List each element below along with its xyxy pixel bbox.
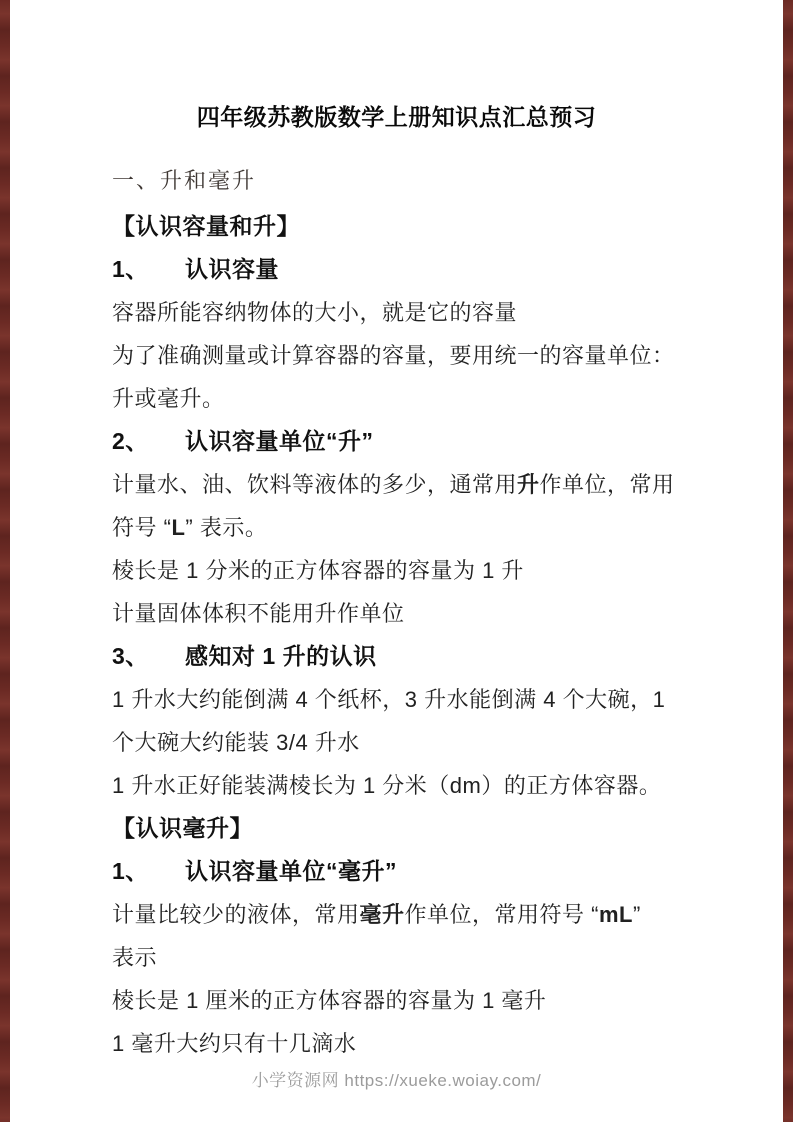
numbered-heading: 1、认识容量单位“毫升”	[112, 850, 681, 893]
right-page-border	[783, 0, 793, 1122]
heading-number: 1、	[112, 248, 185, 291]
text-run: ” 表示。	[185, 515, 267, 540]
numbered-heading: 2、认识容量单位“升”	[112, 420, 681, 463]
heading-number: 1、	[112, 850, 185, 893]
text-line: 计量比较少的液体，常用毫升作单位，常用符号 “mL”	[112, 893, 681, 936]
heading-text: 感知对 1 升的认识	[185, 643, 377, 669]
heading-text: 认识容量单位“毫升”	[185, 858, 397, 884]
text-line: 1 升水正好能装满棱长为 1 分米（dm）的正方体容器。	[112, 764, 681, 807]
text-line: 1 毫升大约只有十几滴水	[112, 1022, 681, 1065]
text-run: 作单位，常用	[540, 472, 675, 497]
text-line: 个大碗大约能装 3/4 升水	[112, 721, 681, 764]
text-line: 棱长是 1 厘米的正方体容器的容量为 1 毫升	[112, 979, 681, 1022]
bold-run: 升	[517, 472, 540, 497]
left-page-border	[0, 0, 10, 1122]
numbered-heading: 1、认识容量	[112, 248, 681, 291]
text-run: ”	[633, 902, 641, 927]
bold-run: 毫升	[360, 902, 405, 927]
text-line: 1 升水大约能倒满 4 个纸杯，3 升水能倒满 4 个大碗，1	[112, 678, 681, 721]
heading-text: 认识容量	[185, 256, 279, 282]
text-line: 计量固体体积不能用升作单位	[112, 592, 681, 635]
text-line: 棱长是 1 分米的正方体容器的容量为 1 升	[112, 549, 681, 592]
heading-text: 认识容量单位“升”	[185, 428, 374, 454]
heading-number: 3、	[112, 635, 185, 678]
text-run: 符号 “	[112, 515, 171, 540]
footer-site-text: 小学资源网 https://xueke.woiay.com/	[252, 1071, 542, 1090]
text-line: 为了准确测量或计算容器的容量，要用统一的容量单位：	[112, 334, 681, 377]
page-title: 四年级苏教版数学上册知识点汇总预习	[112, 0, 681, 133]
text-run: 计量水、油、饮料等液体的多少，通常用	[112, 472, 517, 497]
subsection-heading: 【认识容量和升】	[112, 205, 681, 248]
text-line: 计量水、油、饮料等液体的多少，通常用升作单位，常用	[112, 463, 681, 506]
document-page: 四年级苏教版数学上册知识点汇总预习 一、升和毫升 【认识容量和升】 1、认识容量…	[0, 0, 793, 1122]
text-run: 作单位，常用符号 “	[405, 902, 599, 927]
bold-run: L	[171, 515, 185, 540]
text-run: 计量比较少的液体，常用	[112, 902, 360, 927]
text-line: 容器所能容纳物体的大小，就是它的容量	[112, 291, 681, 334]
subsection-heading: 【认识毫升】	[112, 807, 681, 850]
text-line: 表示	[112, 936, 681, 979]
text-line: 符号 “L” 表示。	[112, 506, 681, 549]
document-body: 四年级苏教版数学上册知识点汇总预习 一、升和毫升 【认识容量和升】 1、认识容量…	[112, 0, 681, 1065]
bold-run: mL	[599, 902, 633, 927]
text-line: 升或毫升。	[112, 377, 681, 420]
numbered-heading: 3、感知对 1 升的认识	[112, 635, 681, 678]
heading-number: 2、	[112, 420, 185, 463]
section-heading: 一、升和毫升	[112, 163, 681, 199]
footer: 小学资源网 https://xueke.woiay.com/	[0, 1066, 793, 1096]
